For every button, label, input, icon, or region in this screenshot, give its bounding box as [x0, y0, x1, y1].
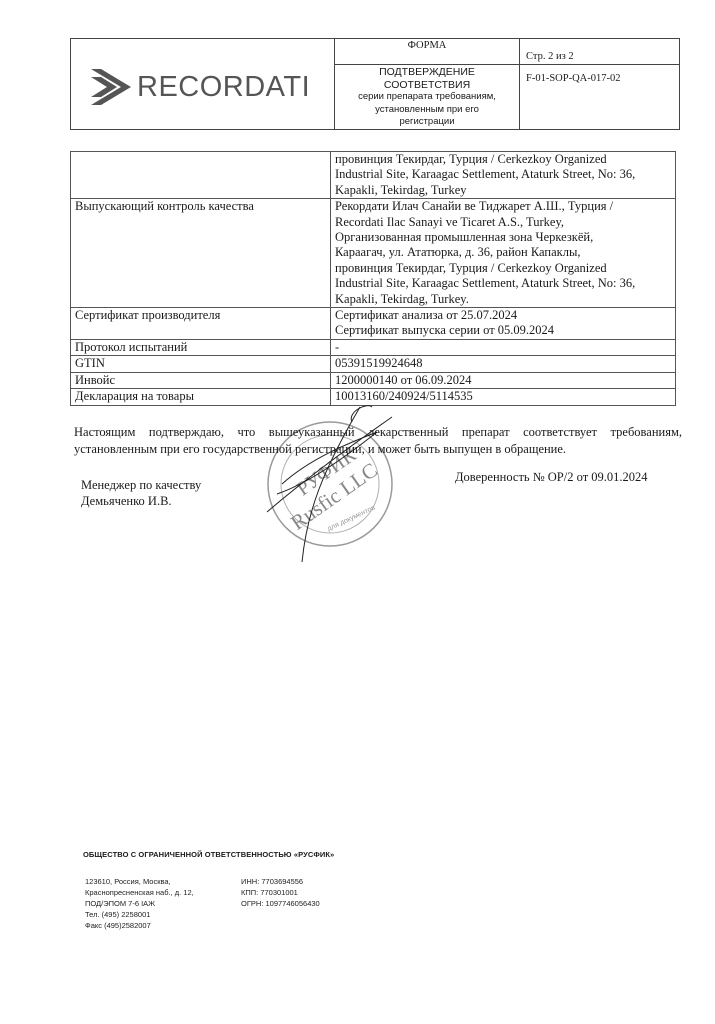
row-label: Сертификат производителя	[71, 308, 331, 340]
row-label: Инвойс	[71, 372, 331, 388]
table-row: Сертификат производителя Сертификат анал…	[71, 308, 676, 340]
row-label: Протокол испытаний	[71, 339, 331, 355]
value-line: 05391519924648	[335, 356, 671, 371]
table-row: Инвойс 1200000140 от 06.09.2024	[71, 372, 676, 388]
value-line: провинция Текирдаг, Турция / Cerkezkoy O…	[335, 261, 671, 276]
row-value: 1200000140 от 06.09.2024	[331, 372, 676, 388]
value-line: Организованная промышленная зона Черкезк…	[335, 230, 671, 245]
doc-title-line: ПОДТВЕРЖДЕНИЕ	[335, 66, 519, 79]
value-line: Kapakli, Tekirdag, Turkey	[335, 183, 671, 198]
table-row: провинция Текирдаг, Турция / Cerkezkoy O…	[71, 152, 676, 199]
footer-company-name: ОБЩЕСТВО С ОГРАНИЧЕННОЙ ОТВЕТСТВЕННОСТЬЮ…	[83, 850, 334, 859]
row-value: Рекордати Илач Санайи ве Тиджарет А.Ш., …	[331, 199, 676, 308]
doc-title-line: СООТВЕТСТВИЯ	[335, 79, 519, 92]
row-value: провинция Текирдаг, Турция / Cerkezkoy O…	[331, 152, 676, 199]
footer-registration-ids: ИНН: 7703694556 КПП: 770301001 ОГРН: 109…	[241, 876, 320, 909]
row-value: Сертификат анализа от 25.07.2024 Сертифи…	[331, 308, 676, 340]
confirmation-statement: Настоящим подтверждаю, что вышеуказанный…	[74, 424, 682, 458]
doc-subtitle-line: серии препарата требованиям,	[335, 91, 519, 104]
doc-subtitle-line: регистрации	[335, 116, 519, 129]
doc-subtitle-line: установленным при его	[335, 104, 519, 117]
table-row: Выпускающий контроль качества Рекордати …	[71, 199, 676, 308]
inn-line: ИНН: 7703694556	[241, 876, 320, 887]
address-line: Краснопресненская наб., д. 12,	[85, 887, 194, 898]
logo-cell: RECORDATI	[71, 39, 335, 129]
page-info: Стр. 2 из 2	[520, 39, 679, 65]
doc-title: ПОДТВЕРЖДЕНИЕ СООТВЕТСТВИЯ серии препара…	[335, 65, 520, 130]
row-value: 05391519924648	[331, 356, 676, 372]
value-line: Караагач, ул. Ататюрка, д. 36, район Кап…	[335, 245, 671, 260]
kpp-line: КПП: 770301001	[241, 887, 320, 898]
row-value: -	[331, 339, 676, 355]
address-line: 123610, Россия, Москва,	[85, 876, 194, 887]
doc-code: F-01-SOP-QA-017-02	[520, 65, 679, 130]
value-line: Kapakli, Tekirdag, Turkey.	[335, 292, 671, 307]
recordati-logo: RECORDATI	[91, 69, 310, 105]
value-line: Рекордати Илач Санайи ве Тиджарет А.Ш., …	[335, 199, 671, 214]
row-label: Выпускающий контроль качества	[71, 199, 331, 308]
details-table: провинция Текирдаг, Турция / Cerkezkoy O…	[70, 151, 676, 406]
value-line: Industrial Site, Karaagac Settlement, At…	[335, 167, 671, 182]
value-line: -	[335, 340, 671, 355]
row-label	[71, 152, 331, 199]
power-of-attorney: Доверенность № OP/2 от 09.01.2024	[455, 470, 648, 485]
document-header: RECORDATI ФОРМА ПОДТВЕРЖДЕНИЕ СООТВЕТСТВ…	[70, 38, 680, 130]
form-label: ФОРМА	[335, 39, 520, 65]
value-line: Сертификат выпуска серии от 05.09.2024	[335, 323, 671, 338]
footer-address: 123610, Россия, Москва, Краснопресненска…	[85, 876, 194, 931]
table-row: GTIN 05391519924648	[71, 356, 676, 372]
value-line: провинция Текирдаг, Турция / Cerkezkoy O…	[335, 152, 671, 167]
value-line: Industrial Site, Karaagac Settlement, At…	[335, 276, 671, 291]
ogrn-line: ОГРН: 1097746056430	[241, 898, 320, 909]
value-line: 1200000140 от 06.09.2024	[335, 373, 671, 388]
recordati-stripes-icon	[91, 69, 131, 105]
signatory-position: Менеджер по качеству	[81, 477, 201, 493]
value-line: Recordati Ilac Sanayi ve Ticaret A.S., T…	[335, 215, 671, 230]
signatory-name: Демьяченко И.В.	[81, 493, 201, 509]
signatory-block: Менеджер по качеству Демьяченко И.В.	[81, 477, 201, 509]
row-label: GTIN	[71, 356, 331, 372]
table-row: Протокол испытаний -	[71, 339, 676, 355]
fax-line: Факс (495)2582007	[85, 920, 194, 931]
phone-line: Тел. (495) 2258001	[85, 909, 194, 920]
address-line: ПОД/ЭПОМ 7-6 IАЖ	[85, 898, 194, 909]
value-line: Сертификат анализа от 25.07.2024	[335, 308, 671, 323]
logo-text: RECORDATI	[137, 71, 310, 104]
